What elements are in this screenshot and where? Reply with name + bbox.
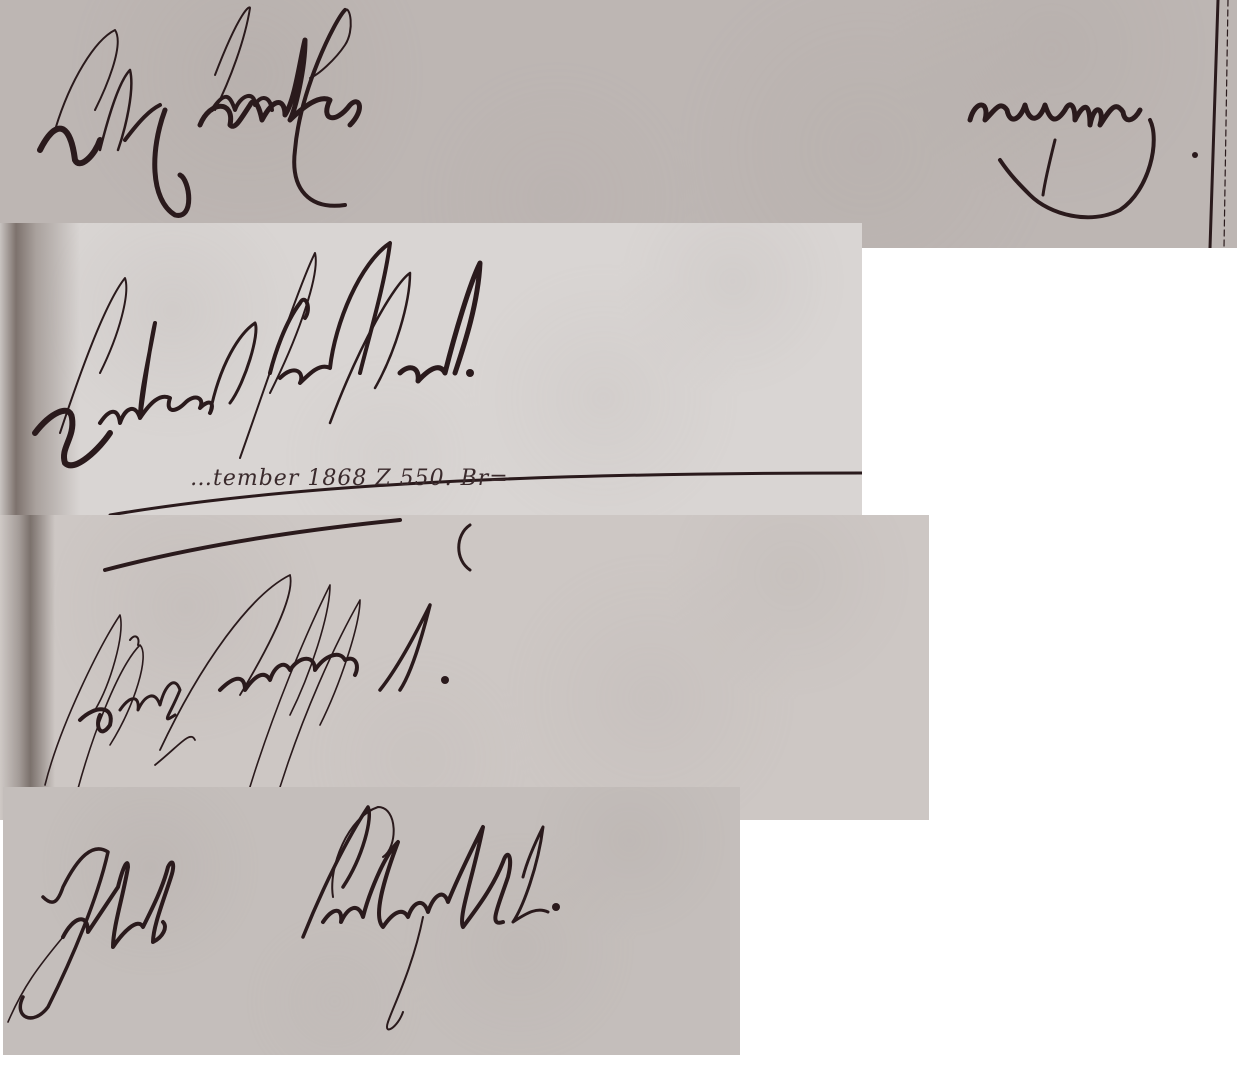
- signature-strip-3: Paul Kusshat.: [0, 515, 929, 820]
- signature-4-handwriting: [3, 787, 740, 1055]
- signature-3-handwriting: [0, 515, 929, 820]
- date-annotation: …tember 1868 Z 550. Br=: [190, 466, 509, 491]
- signature-strip-4: Jakob Podasstil.: [3, 787, 740, 1055]
- signature-1-handwriting: [0, 0, 1237, 248]
- signature-strip-2: Andreas Plassel. …tember 1868 Z 550. Br=: [0, 223, 862, 515]
- signature-strip-1: Alexander von Corumpam.: [0, 0, 1237, 248]
